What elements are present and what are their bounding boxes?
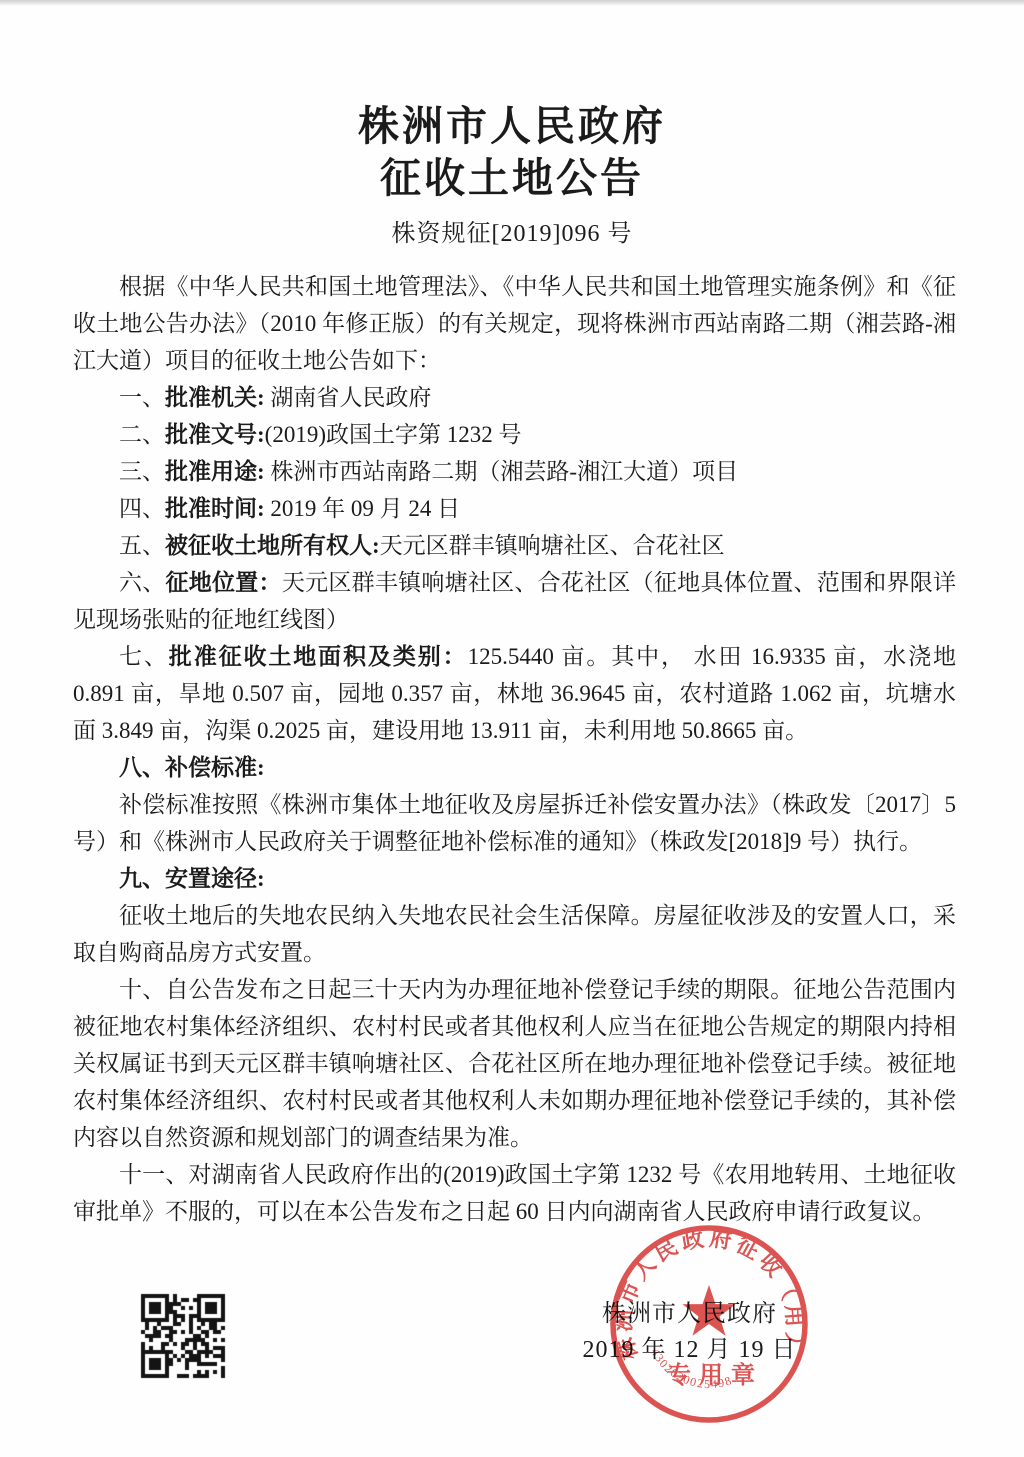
seal-star-icon xyxy=(682,1285,735,1336)
announcement-body: 根据《中华人民共和国土地管理法》、《中华人民共和国土地管理实施条例》和《征收土地… xyxy=(73,268,956,1230)
administrative-review-paragraph: 十一、对湖南省人民政府作出的(2019)政国土字第 1232 号《农用地转用、土… xyxy=(73,1156,956,1230)
seal-ring-text: 株洲市人民政府征收（用）土地公告 xyxy=(604,1219,808,1363)
item-land-owners: 五、被征收土地所有权人:天元区群丰镇响塘社区、合花社区 xyxy=(73,527,956,564)
document-header: 株洲市人民政府 征收土地公告 株资规征[2019]096 号 xyxy=(0,0,1024,248)
item-land-location: 六、征地位置：天元区群丰镇响塘社区、合花社区（征地具体位置、范围和界限详见现场张… xyxy=(73,564,956,638)
registration-deadline-paragraph: 十、自公告发布之日起三十天内为办理征地补偿登记手续的期限。征地公告范围内被征地农… xyxy=(73,971,956,1156)
item-compensation-standard-heading: 八、补偿标准: xyxy=(73,749,956,786)
government-title: 株洲市人民政府 xyxy=(0,100,1024,152)
item-approval-date: 四、批准时间: 2019 年 09 月 24 日 xyxy=(73,490,956,527)
document-number: 株资规征[2019]096 号 xyxy=(0,213,1024,248)
item-land-area-categories: 七、批准征收土地面积及类别：125.5440 亩。其中， 水田 16.9335 … xyxy=(73,638,956,749)
scan-edge-artifact xyxy=(0,0,1024,6)
qr-code xyxy=(140,1293,226,1379)
official-seal: 株洲市人民政府征收（用）土地公告 专用章 4302020025498 xyxy=(604,1219,814,1429)
item-approved-use: 三、批准用途: 株洲市西站南路二期（湘芸路-湘江大道）项目 xyxy=(73,453,956,490)
intro-paragraph: 根据《中华人民共和国土地管理法》、《中华人民共和国土地管理实施条例》和《征收土地… xyxy=(73,268,956,379)
item-approving-authority: 一、批准机关: 湖南省人民政府 xyxy=(73,379,956,416)
announcement-page: 株洲市人民政府 征收土地公告 株资规征[2019]096 号 根据《中华人民共和… xyxy=(0,0,1024,1457)
item-resettlement-heading: 九、安置途径: xyxy=(73,860,956,897)
compensation-standard-paragraph: 补偿标准按照《株洲市集体土地征收及房屋拆迁补偿安置办法》（株政发〔2017〕5 … xyxy=(73,786,956,860)
announcement-title: 征收土地公告 xyxy=(0,152,1024,204)
item-approval-document-number: 二、批准文号:(2019)政国土字第 1232 号 xyxy=(73,416,956,453)
resettlement-paragraph: 征收土地后的失地农民纳入失地农民社会生活保障。房屋征收涉及的安置人口，采取自购商… xyxy=(73,897,956,971)
